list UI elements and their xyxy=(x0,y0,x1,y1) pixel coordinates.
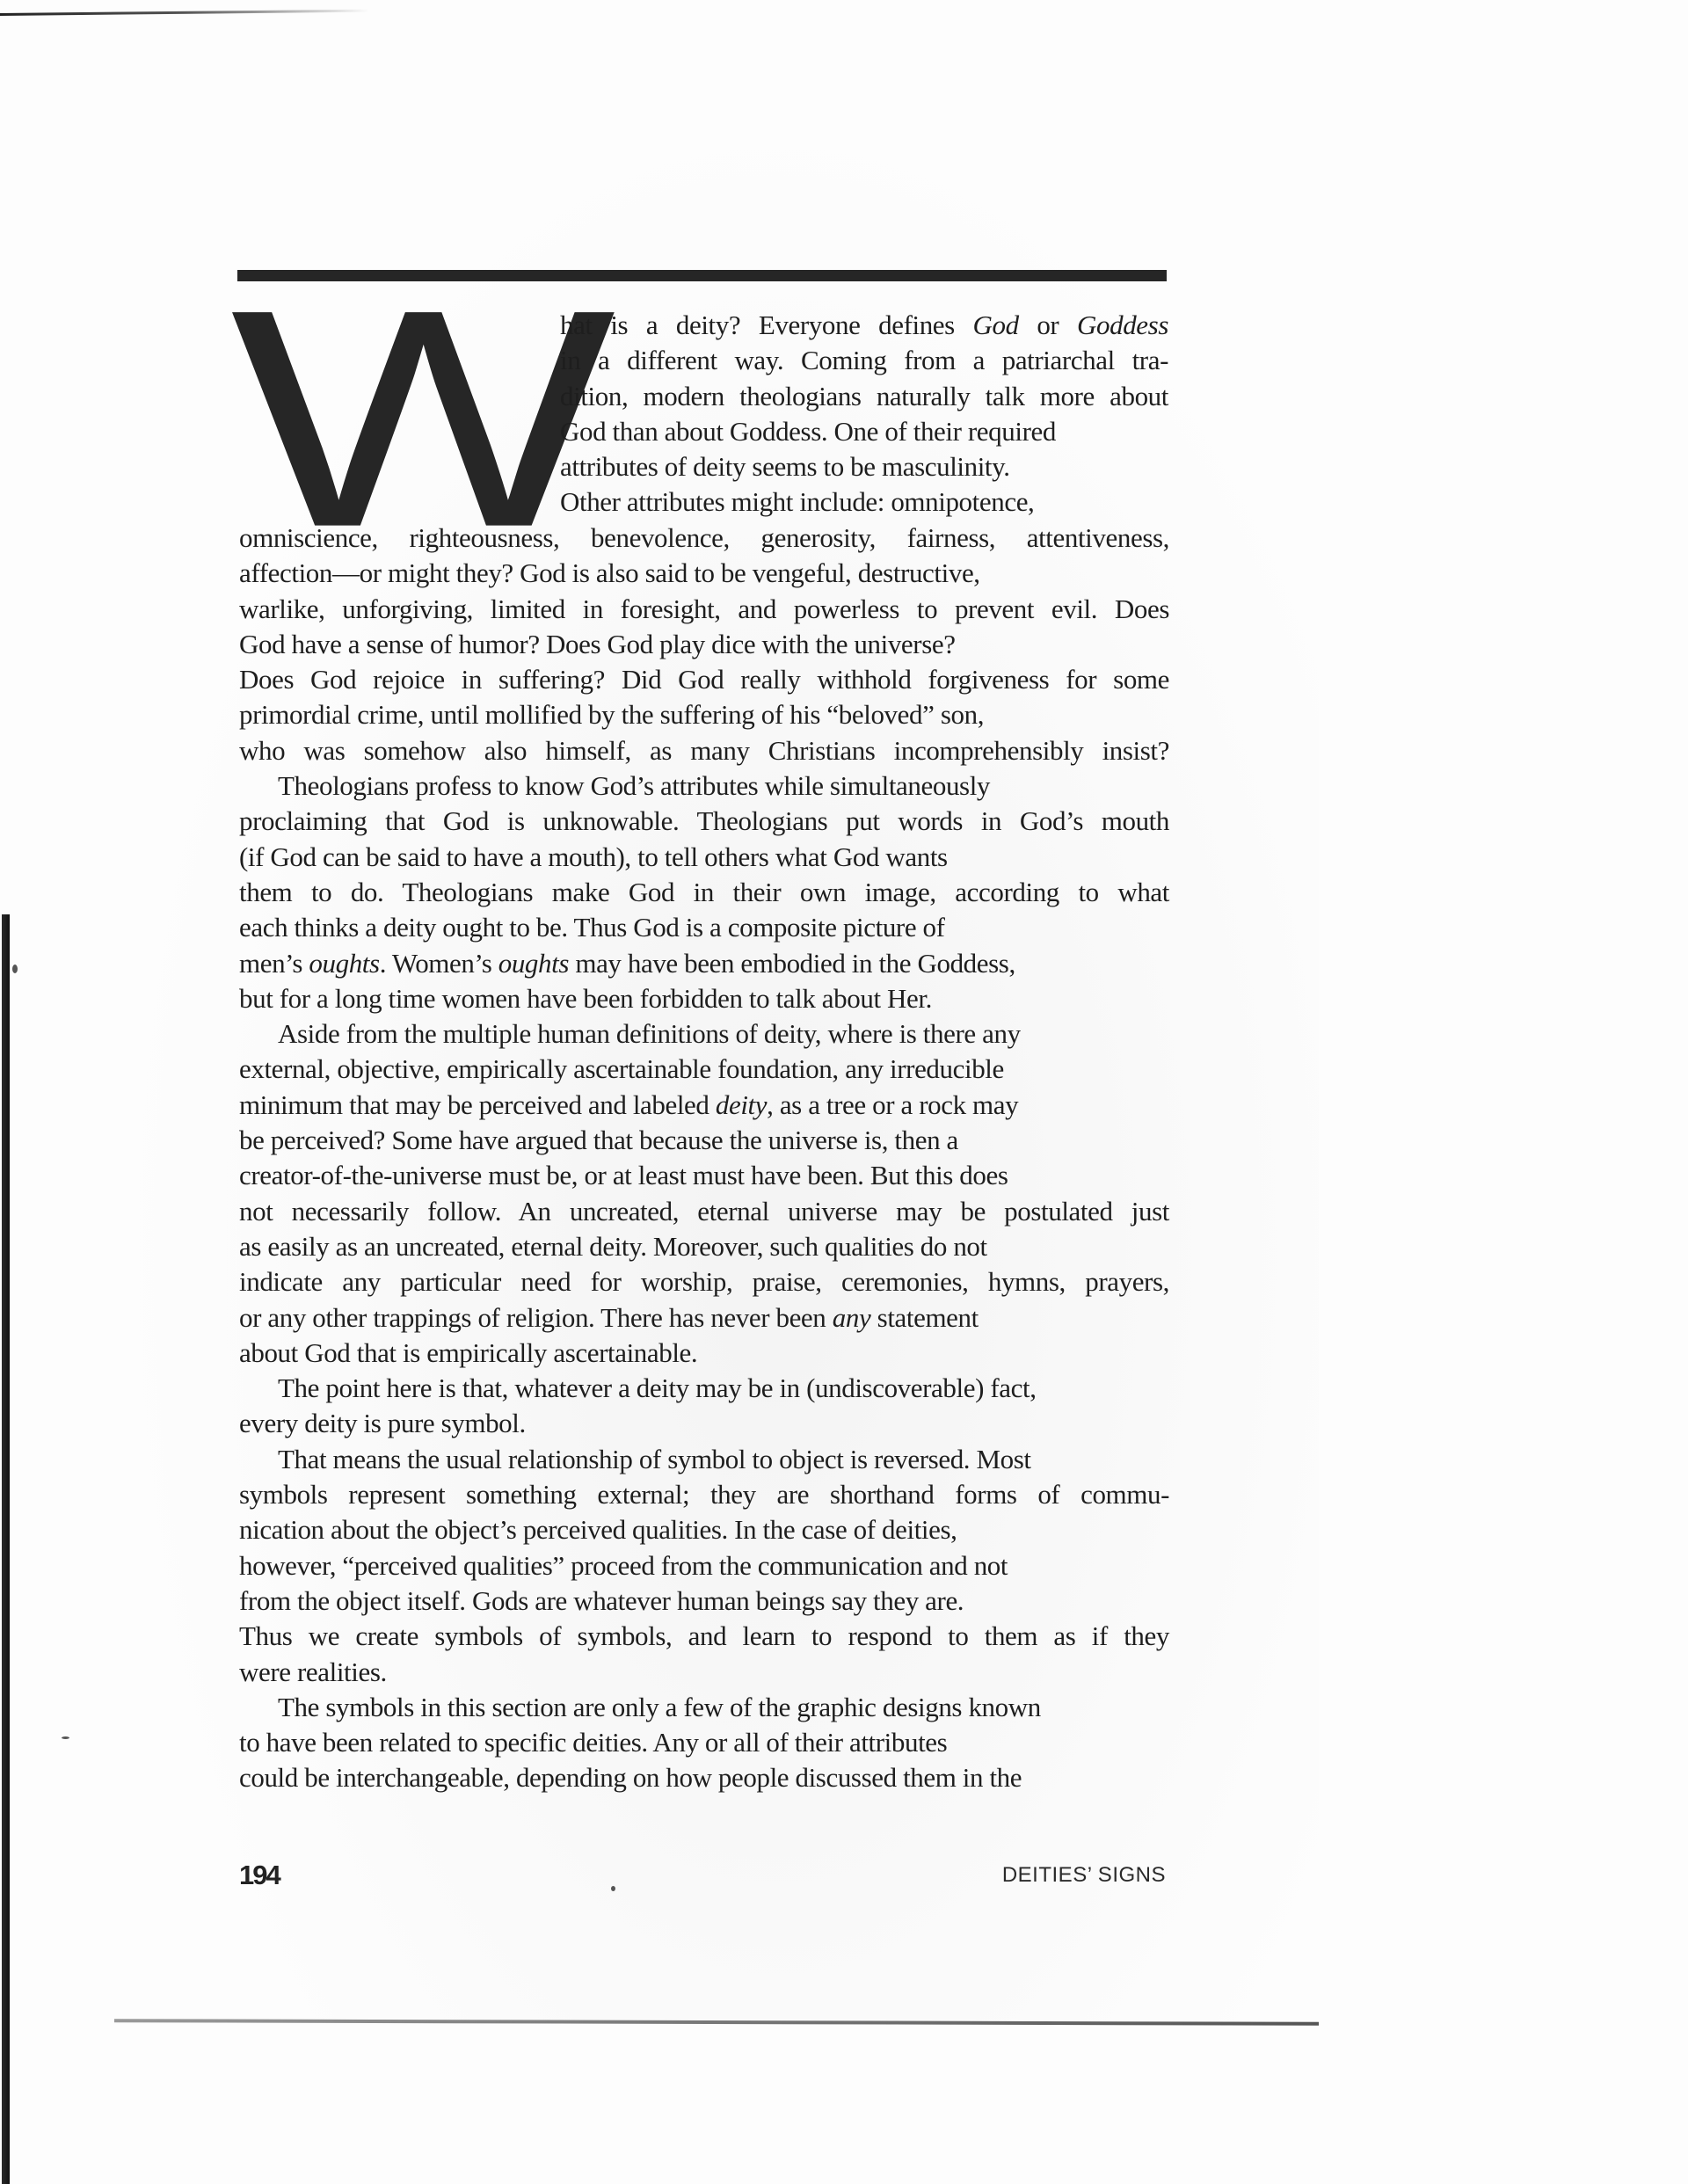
text-line: Aside from the multiple human definition… xyxy=(239,1016,1169,1052)
scan-top-edge-line xyxy=(0,10,369,16)
text-line: men’s oughts. Women’s oughts may have be… xyxy=(239,946,1169,981)
text-line: symbols represent something external; th… xyxy=(239,1477,1169,1512)
text-line: proclaiming that God is unknowable. Theo… xyxy=(239,804,1169,839)
text-line: God have a sense of humor? Does God play… xyxy=(239,627,1169,662)
text-line: primordial crime, until mollified by the… xyxy=(239,697,1169,732)
text-line: God than about Goddess. One of their req… xyxy=(560,414,1168,449)
text-line: The symbols in this section are only a f… xyxy=(239,1690,1169,1725)
text-line: however, “perceived qualities” proceed f… xyxy=(239,1548,1169,1583)
scan-speck xyxy=(12,965,18,973)
page-number: 194 xyxy=(239,1860,280,1891)
text-line: but for a long time women have been forb… xyxy=(239,981,1169,1016)
text-line: omniscience, righteousness, benevolence,… xyxy=(239,521,1169,556)
text-line: Other attributes might include: omnipote… xyxy=(560,484,1168,520)
text-line: affection—or might they? God is also sai… xyxy=(239,556,1169,591)
paragraph-5: That means the usual relationship of sym… xyxy=(239,1442,1169,1690)
text-line: were realities. xyxy=(239,1655,1169,1690)
intro-text-block: hat is a deity? Everyone defines God or … xyxy=(560,308,1168,521)
text-line: as easily as an uncreated, eternal deity… xyxy=(239,1229,1169,1264)
text-line: That means the usual relationship of sym… xyxy=(239,1442,1169,1477)
scan-speck xyxy=(62,1736,69,1739)
paragraph-4: The point here is that, whatever a deity… xyxy=(239,1371,1169,1442)
paragraph-2: Theologians profess to know God’s attrib… xyxy=(239,768,1169,1016)
paragraph-3: Aside from the multiple human definition… xyxy=(239,1016,1169,1371)
text-line: in a different way. Coming from a patria… xyxy=(560,343,1168,378)
text-line: warlike, unforgiving, limited in foresig… xyxy=(239,592,1169,627)
text-line: nication about the object’s perceived qu… xyxy=(239,1512,1169,1547)
text-line: hat is a deity? Everyone defines God or … xyxy=(560,308,1168,343)
text-line: not necessarily follow. An uncreated, et… xyxy=(239,1194,1169,1229)
scan-left-edge-line xyxy=(2,914,10,2184)
text-line: them to do. Theologians make God in thei… xyxy=(239,875,1169,910)
text-line: every deity is pure symbol. xyxy=(239,1406,1169,1441)
text-line: to have been related to specific deities… xyxy=(239,1725,1169,1760)
text-line: who was somehow also himself, as many Ch… xyxy=(239,733,1169,768)
text-line: Theologians profess to know God’s attrib… xyxy=(239,768,1169,804)
text-line: minimum that may be perceived and labele… xyxy=(239,1088,1169,1123)
drop-cap-letter: W xyxy=(230,264,572,487)
body-text: omniscience, righteousness, benevolence,… xyxy=(239,521,1169,1796)
text-line: be perceived? Some have argued that beca… xyxy=(239,1123,1169,1158)
paragraph-1: omniscience, righteousness, benevolence,… xyxy=(239,521,1169,768)
paragraph-6: The symbols in this section are only a f… xyxy=(239,1690,1169,1796)
running-footer-section-title: DEITIES’ SIGNS xyxy=(1002,1863,1166,1888)
text-line: indicate any particular need for worship… xyxy=(239,1264,1169,1299)
text-line: about God that is empirically ascertaina… xyxy=(239,1336,1169,1371)
text-line: from the object itself. Gods are whateve… xyxy=(239,1583,1169,1619)
text-line: dition, modern theologians naturally tal… xyxy=(560,379,1168,414)
text-line: could be interchangeable, depending on h… xyxy=(239,1760,1169,1795)
text-line: or any other trappings of religion. Ther… xyxy=(239,1300,1169,1336)
text-line: external, objective, empirically ascerta… xyxy=(239,1052,1169,1087)
scan-speck xyxy=(611,1886,615,1891)
text-line: (if God can be said to have a mouth), to… xyxy=(239,840,1169,875)
text-line: creator-of-the-universe must be, or at l… xyxy=(239,1158,1169,1193)
text-line: each thinks a deity ought to be. Thus Go… xyxy=(239,910,1169,945)
text-line: The point here is that, whatever a deity… xyxy=(239,1371,1169,1406)
text-line: attributes of deity seems to be masculin… xyxy=(560,449,1168,484)
text-line: Does God rejoice in suffering? Did God r… xyxy=(239,662,1169,697)
text-line: Thus we create symbols of symbols, and l… xyxy=(239,1619,1169,1654)
